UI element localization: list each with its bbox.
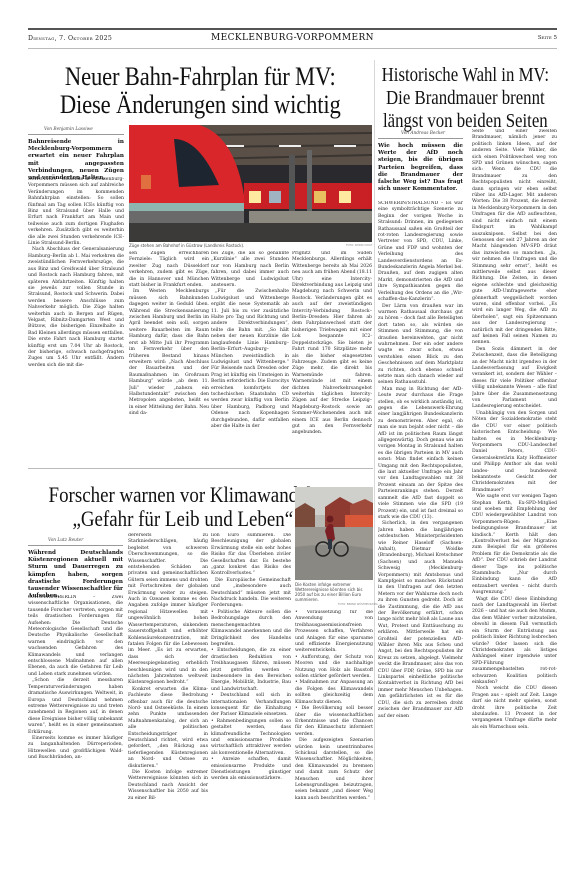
train-photo — [129, 125, 372, 242]
column-divider — [374, 60, 375, 800]
bullet-item: • Rahmenbedingungen sollen so gestaltet … — [211, 719, 291, 757]
paragraph: SCHWERIN/BERLIN – Zwei wissenschaftliche… — [28, 595, 123, 678]
paragraph: Wie sagte erst vor wenigen Tagen Stephan… — [472, 494, 557, 597]
wahl-column-2: Seite und einer zweiten Brandmauer, näml… — [472, 129, 557, 817]
headline-line: Diese Änderungen sind wichtig — [28, 91, 373, 119]
paragraph: sen Zügen erreichbaren Fernziele: Täglic… — [129, 251, 209, 289]
bahn-column-3: bei Züge, die als so genannte „Kurzlinie… — [211, 251, 289, 449]
bullet-item: • Politische Akteure sollen die Bedrohun… — [211, 610, 291, 648]
paragraph: Den Sozis dämmert in der Zwischenzeit, d… — [472, 347, 557, 411]
flood-photo-credit: FOTO: BERND WÜSTNECK/DPA — [338, 603, 378, 606]
paragraph: Wagt die CDU diese Einbindung nach der L… — [472, 597, 557, 687]
bullet-item: • Entscheidungen, die zu einer drastisch… — [211, 648, 291, 693]
paragraph: lion Euro summieren. Die Beschleunigung … — [211, 533, 291, 578]
bullet-item: • Die Bevölkerung soll besser über die w… — [295, 706, 373, 738]
paragraph: Seite und einer zweiten Brandmauer, näml… — [472, 129, 557, 347]
bullet-item: • Anreize schaffen, damit emissionsarme … — [211, 757, 291, 783]
bahn-lead: Bahnreisende in Mecklenburg-Vorpommern e… — [28, 139, 124, 182]
bahn-column-4: Prignitz und im Süden Mecklenburgs. Alle… — [292, 251, 372, 436]
bullet-item: • Maßnahmen zur Anpassung an die Folgen … — [295, 680, 373, 706]
headline-line: Die Brandmauer brennt — [378, 87, 553, 110]
byline-rule — [28, 134, 124, 135]
page-number: Seite 5 — [538, 35, 557, 41]
wahl-byline: Von Andreas Becker — [401, 131, 445, 136]
paragraph: bei Züge, die als so genannte „Kurzlinie… — [211, 251, 289, 289]
newspaper-page: Dienstag, 7. Oktober 2025 MECKLENBURG-VO… — [28, 0, 557, 872]
train-station-image — [129, 125, 372, 242]
wahl-column-1: SCHWERIN/STRALSUND – Es war eine symbolt… — [378, 201, 463, 817]
cyclist-flood-image — [295, 487, 373, 580]
train-photo-credit: FOTO: SIMON VOIGT — [346, 244, 372, 247]
headline-line: Forscher warnen vor Klimawandel: — [28, 483, 338, 507]
masthead: Dienstag, 7. Oktober 2025 MECKLENBURG-VO… — [28, 31, 557, 47]
klima-column-1: SCHWERIN/BERLIN – Zwei wissenschaftliche… — [28, 595, 123, 840]
headline-line: Neuer Bahn-Fahrplan für MV: — [28, 63, 373, 91]
byline-rule — [28, 545, 123, 546]
paragraph: Die Europäische Gemeinschaft und „insbes… — [211, 578, 291, 610]
paragraph: Prignitz und im Süden Mecklenburgs. Alle… — [292, 251, 372, 436]
paragraph: Konkret erwarten die Klima-Fachleute die… — [128, 687, 208, 770]
paragraph: SCHWERIN/STRALSUND – Es war eine symbolt… — [378, 201, 463, 304]
wahl-lead: Wie hoch müssen die Werte der AfD noch s… — [378, 143, 463, 193]
klima-column-4: • Voraussetzung für die Anwendung von tr… — [295, 610, 373, 840]
bullet-item: • Aufforstung, der Schutz von Mooren und… — [295, 655, 373, 681]
byline-rule — [378, 138, 463, 139]
wahl-headline: Historische Wahl in MV: Die Brandmauer b… — [378, 64, 553, 132]
top-rule — [28, 28, 557, 30]
paragraph: Die aufgezeigten Szenarien würden kein u… — [295, 738, 373, 802]
train-photo-caption: Züge stehen am Bahnhof in Güstrow (Landk… — [129, 243, 244, 248]
paragraph: Unabhängig von den Sorgen und Nöten der … — [472, 411, 557, 494]
paragraph: Noch weicht die CDU diesen Fragen aus – … — [472, 686, 557, 731]
paragraph: Sicherlich, in den vergangenen Jahren ha… — [378, 521, 463, 720]
flood-photo-caption: Die Kosten infolge extremer Wetterereign… — [295, 582, 373, 602]
paragraph: Die Kosten infolge extremer Wetterereign… — [128, 770, 208, 802]
paragraph: „Für die Zwischenhalte Ludwigslust und W… — [211, 289, 289, 430]
section-title: MECKLENBURG-VORPOMMERN — [28, 33, 557, 43]
paragraph: SCHWERIN – Reisende in Mecklenburg-Vorpo… — [28, 177, 124, 247]
bahn-byline: Von Benjamin Lassiwe — [44, 127, 93, 132]
paragraph: Im Westen Mecklenburgs müssen sich Bahnk… — [129, 289, 209, 417]
bahn-headline: Neuer Bahn-Fahrplan für MV: Diese Änderu… — [28, 63, 373, 119]
klima-column-2: dererseits zu Starkniederschlägen, häufi… — [128, 533, 208, 840]
bullet-item: • Voraussetzung für die Anwendung von tr… — [295, 610, 373, 655]
paragraph: Der Lärm von draußen war im warmen Ratha… — [378, 304, 463, 387]
bullet-item: • Deutschland soll sich in international… — [211, 693, 291, 719]
paragraph: Einerseits komme es immer häufiger zu la… — [28, 736, 123, 762]
headline-line: „Gefahr für Leib und Leben“ — [28, 507, 338, 531]
article-separator — [28, 468, 373, 469]
paragraph: Nach Abschluss der Generalsanierung Hamb… — [28, 247, 124, 369]
klima-byline: Von Lutz Reuter — [48, 538, 83, 543]
bahn-column-1: SCHWERIN – Reisende in Mecklenburg-Vorpo… — [28, 177, 124, 449]
masthead-rule — [28, 48, 557, 49]
paragraph: Man mag in Richtung der AfD-Leute zwar d… — [378, 387, 463, 522]
klima-lead: Während Deutschlands Küstenregionen aktu… — [28, 550, 123, 600]
paragraph: „Schon die derzeit messbaren Temperaturv… — [28, 678, 123, 736]
paragraph: dererseits zu Starkniederschlägen, häufi… — [128, 533, 208, 687]
bahn-column-2: sen Zügen erreichbaren Fernziele: Täglic… — [129, 251, 209, 449]
headline-line: Historische Wahl in MV: — [378, 64, 553, 87]
flood-photo — [295, 487, 373, 580]
klima-column-3: lion Euro summieren. Die Beschleunigung … — [211, 533, 291, 840]
klima-headline: Forscher warnen vor Klimawandel: „Gefahr… — [28, 483, 338, 531]
